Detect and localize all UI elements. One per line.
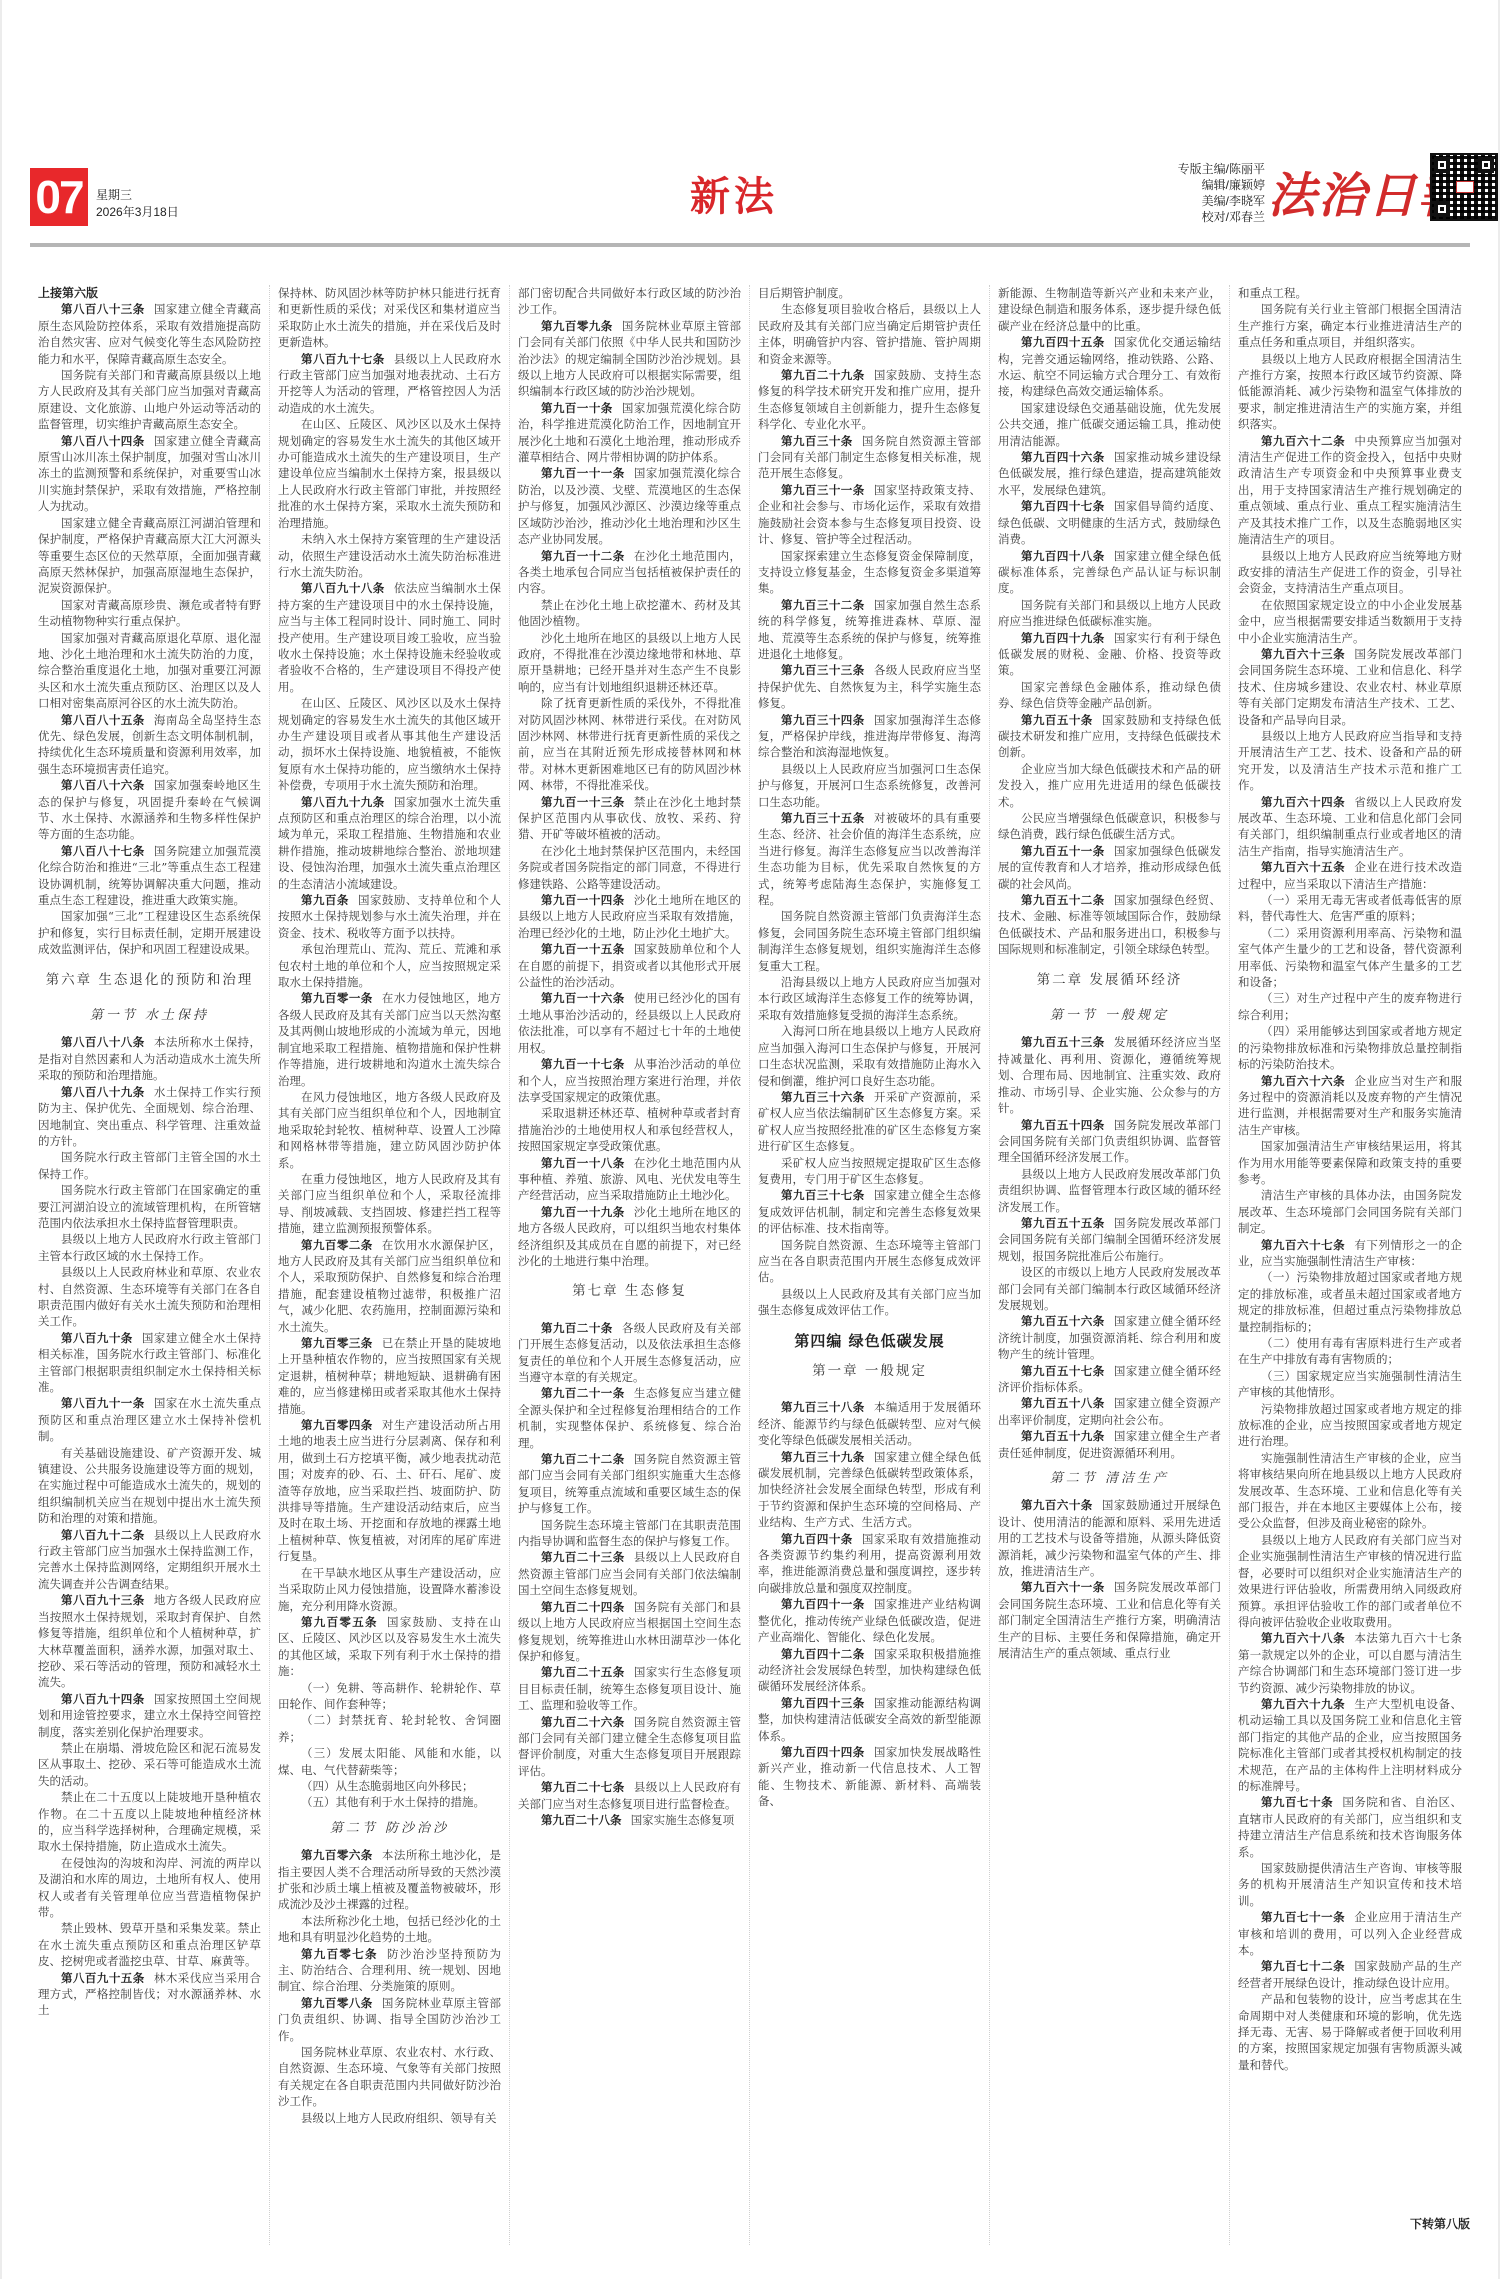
paragraph-text: 国务院自然资源主管部门负责海洋生态修复，会同国务院生态环境主管部门组织编制海洋生… [758,909,981,972]
article-number: 第八百八十四条 [61,434,145,448]
paragraph-text: 采矿权人应当按照规定提取矿区生态修复费用，专门用于矿区生态修复。 [758,1156,981,1186]
paragraph-text: （二）封禁抚育、轮封轮牧、舍饲圈养； [278,1713,501,1743]
paragraph: 本法所称沙化土地，包括已经沙化的土地和具有明显沙化趋势的土地。 [278,1913,501,1946]
paragraph: 在干旱缺水地区从事生产建设活动，应当采取防止风力侵蚀措施，设置降水蓄渗设施，充分… [278,1565,501,1614]
paragraph-text: 县级以上地方人民政府根据全国清洁生产推行方案，按照本行政区域节约资源、降低能源消… [1238,352,1462,432]
paragraph-text: 禁止在二十五度以上陡坡地开垦种植农作物。在二十五度以上陡坡地种植经济林的，应当科… [38,1790,261,1853]
article-paragraph: 第九百六十九条生产大型机电设备、机动运输工具以及国务院工业和信息化主管部门指定的… [1238,1696,1462,1794]
paragraph: 设区的市级以上地方人民政府发展改革部门会同有关部门编制本行政区域循环经济发展规划… [998,1264,1221,1313]
article-number: 第九百三十八条 [781,1400,865,1414]
article-paragraph: 第九百三十九条国家建立健全绿色低碳发展机制，完善绿色低碳转型政策体系，加快经济社… [758,1449,981,1531]
page-number-badge: 07 [30,168,88,226]
article-number: 第九百六十三条 [1261,647,1345,661]
article-number: 第九百一十条 [541,401,613,415]
article-number: 第九百二十三条 [541,1550,625,1564]
article-number: 第九百三十一条 [781,483,865,497]
paragraph: （一）污染物排放超过国家或者地方规定的排放标准，或者虽未超过国家或者地方规定的排… [1238,1269,1462,1335]
article-number: 第九百五十五条 [1021,1216,1105,1230]
paragraph: 目后期管护制度。 [758,285,981,301]
paragraph-text: 县级以上地方人民政府应当统筹地方财政安排的清洁生产促进工作的资金，引导社会资金，… [1238,549,1462,596]
article-paragraph: 第九百一十五条国家鼓励单位和个人在自愿的前提下，捐资或者以其他形式开展公益性的治… [518,941,741,990]
article-number: 第九百四十一条 [781,1597,865,1611]
article-paragraph: 第九百四十条国家采取有效措施推动各类资源节约集约利用，提高资源利用效率，推进能源… [758,1531,981,1597]
article-number: 第九百六十二条 [1261,434,1345,448]
article-number: 第九百二十八条 [541,1813,622,1827]
part-heading: 第四编 绿色低碳发展 [758,1333,981,1349]
paragraph: 在依照国家规定设立的中小企业发展基金中，应当根据需要安排适当数额用于支持中小企业… [1238,597,1462,646]
article-number: 第九百一十九条 [541,1205,625,1219]
paragraph: 国务院有关行业主管部门根据全国清洁生产推行方案，确定本行业推进清洁生产的重点任务… [1238,301,1462,350]
paragraph: 采取退耕还林还草、植树种草或者封育措施治沙的土地使用权人和承包经营权人，按照国家… [518,1105,741,1154]
paragraph-text: 地方各级人民政府应当按照水土保持规划，采取封育保护、自然修复等措施，组织单位和个… [38,1593,261,1689]
paragraph-text: 国务院有关部门和县级以上地方人民政府应当推进绿色低碳标准实施。 [998,598,1221,628]
header-divider [30,243,1470,247]
paragraph-text: 有关基础设施建设、矿产资源开发、城镇建设、公共服务设施建设等方面的规划，在实施过… [38,1446,261,1526]
article-number: 第九百三十四条 [781,713,865,727]
article-number: 第九百一十二条 [541,549,625,563]
paragraph-text: 禁止毁林、毁草开垦和采集发菜。禁止在水土流失重点预防区和重点治理区铲草皮、挖树兜… [38,1921,261,1968]
article-number: 第九百六十七条 [1261,1238,1345,1252]
paragraph: （二）封禁抚育、轮封轮牧、舍饲圈养； [278,1712,501,1745]
paragraph-text: 国家对青藏高原珍贵、濒危或者特有野生动植物物种实行重点保护。 [38,598,261,628]
paragraph-text: 沿海县级以上地方人民政府应当加强对本行政区域海洋生态修复工作的统筹协调，采取有效… [758,975,981,1022]
paragraph-text: 县级以上地方人民政府应当指导和支持开展清洁生产工艺、技术、设备和产品的研究开发，… [1238,729,1462,792]
article-paragraph: 第九百二十条各级人民政府及有关部门开展生态修复活动，以及依法承担生态修复责任的单… [518,1320,741,1386]
article-paragraph: 第九百四十一条国家推进产业结构调整优化，推动传统产业绿色低碳改造，促进产业高端化… [758,1596,981,1645]
paragraph: 国家加强清洁生产审核结果运用，将其作为用水用能等要素保障和政策支持的重要参考。 [1238,1138,1462,1187]
masthead: 07 星期三 2026年3月18日 新法 专版主编/陈丽平 编辑/廉颖婷 美编/… [30,165,1470,235]
paragraph-text: 国务院有关行业主管部门根据全国清洁生产推行方案，确定本行业推进清洁生产的重点任务… [1238,302,1462,349]
paragraph: 县级以上地方人民政府应当统筹地方财政安排的清洁生产促进工作的资金，引导社会资金，… [1238,548,1462,597]
paragraph-text: 在沙化土地封禁保护区范围内，未经国务院或者国务院指定的部门同意，不得进行修建铁路… [518,844,741,891]
paragraph: （五）其他有利于水土保持的措施。 [278,1794,501,1810]
article-paragraph: 第九百四十八条国家建立健全绿色低碳标准体系，完善绿色产品认证与标识制度。 [998,548,1221,597]
article-paragraph: 第九百四十九条国家实行有利于绿色低碳发展的财税、金融、价格、投资等政策。 [998,630,1221,679]
paragraph: 在侵蚀沟的沟坡和沟岸、河流的两岸以及湖泊和水库的周边，土地所有权人、使用权人或者… [38,1855,261,1921]
article-number: 第八百九十条 [61,1331,133,1345]
chapter-heading: 第六章 生态退化的预防和治理 [38,972,261,988]
article-number: 第八百九十四条 [61,1692,145,1706]
article-paragraph: 第九百五十条国家鼓励和支持绿色低碳技术研发和推广应用，支持绿色低碳技术创新。 [998,712,1221,761]
paragraph: 实施强制性清洁生产审核的企业，应当将审核结果向所在地县级以上地方人民政府发展改革… [1238,1450,1462,1532]
paragraph: 国务院林业草原、农业农村、水行政、自然资源、生态环境、气象等有关部门按照有关规定… [278,2044,501,2110]
article-paragraph: 第九百零一条在水力侵蚀地区，地方各级人民政府及其有关部门应当以天然沟壑及其两侧山… [278,990,501,1088]
paragraph-text: 目后期管护制度。 [758,286,850,300]
paragraph: 国家探索建立生态修复资金保障制度，支持设立修复基金，生态修复资金多渠道筹集。 [758,548,981,597]
article-paragraph: 第九百一十八条在沙化土地范围内从事种植、养殖、旅游、风电、光伏发电等生产经营活动… [518,1155,741,1204]
paragraph-text: （三）发展太阳能、风能和水能，以煤、电、气代替薪柴等； [278,1746,501,1776]
paragraph: 国务院自然资源、生态环境等主管部门应当在各自职责范围内开展生态修复成效评估。 [758,1237,981,1286]
article-number: 第九百零七条 [301,1947,378,1961]
text-column: 目后期管护制度。生态修复项目验收合格后，县级以上人民政府及其有关部门应当确定后期… [750,285,990,2245]
article-number: 第九百四十八条 [1021,549,1105,563]
article-paragraph: 第九百一十一条国家加强荒漠化综合防治，以及沙漠、戈壁、荒漠地区的生态保护与修复，… [518,465,741,547]
paragraph-text: （一）免耕、等高耕作、轮耕轮作、草田轮作、间作套种等； [278,1681,501,1711]
paragraph: 国家建立健全青藏高原江河湖泊管理和保护制度，严格保护青藏高原大江大河源头等重要生… [38,515,261,597]
paragraph-text: 在干旱缺水地区从事生产建设活动，应当采取防止风力侵蚀措施，设置降水蓄渗设施，充分… [278,1566,501,1613]
article-number: 第九百一十八条 [541,1156,625,1170]
paragraph: 国家建设绿色交通基础设施，优先发展公共交通，推广低碳交通运输工具，推动使用清洁能… [998,400,1221,449]
article-number: 第九百六十五条 [1261,860,1345,874]
paragraph: 国务院水行政主管部门在国家确定的重要江河湖泊设立的流域管理机构，在所管辖范围内依… [38,1182,261,1231]
paragraph-text: 国家建设绿色交通基础设施，优先发展公共交通，推广低碳交通运输工具，推动使用清洁能… [998,401,1221,448]
paragraph: 企业应当加大绿色低碳技术和产品的研发投入，推广应用先进适用的绿色低碳技术。 [998,761,1221,810]
paragraph-text: 县级以上地方人民政府有关部门应当对企业实施强制性清洁生产审核的情况进行监督，必要… [1238,1533,1462,1629]
paragraph-text: 在山区、丘陵区、风沙区以及水土保持规划确定的容易发生水土流失的其他区域开办生产建… [278,696,501,792]
article-number: 第九百五十一条 [1021,844,1105,858]
article-number: 第九百四十二条 [781,1647,865,1661]
article-number: 第九百六十条 [1021,1498,1093,1512]
paragraph-text: 依法应当编制水土保持方案的生产建设项目中的水土保持设施，应当与主体工程同时设计、… [278,581,501,693]
article-number: 第九百四十七条 [1021,499,1105,513]
paragraph: 国家加强“三北”工程建设区生态系统保护和修复，实行目标责任制，定期开展建设成效监… [38,908,261,957]
article-number: 第八百八十七条 [61,844,145,858]
paragraph-text: 实施强制性清洁生产审核的企业，应当将审核结果向所在地县级以上地方人民政府发展改革… [1238,1451,1462,1531]
paragraph-text: 产品和包装物的设计，应当考虑其在生命周期中对人类健康和环境的影响，优先选择无毒、… [1238,1992,1462,2072]
article-number: 第九百零二条 [301,1238,373,1252]
paragraph-text: 禁止在崩塌、滑坡危险区和泥石流易发区从事取土、挖砂、采石等可能造成水土流失的活动… [38,1741,261,1788]
article-number: 第九百二十一条 [541,1386,625,1400]
article-number: 第九百七十条 [1261,1795,1333,1809]
paragraph: 产品和包装物的设计，应当考虑其在生命周期中对人类健康和环境的影响，优先选择无毒、… [1238,1991,1462,2073]
article-number: 第九百零三条 [301,1336,373,1350]
paragraph: 部门密切配合共同做好本行政区域的防沙治沙工作。 [518,285,741,318]
issue-date: 2026年3月18日 [96,204,179,221]
article-paragraph: 第九百三十八条本编适用于发展循环经济、能源节约与绿色低碳转型、应对气候变化等绿色… [758,1399,981,1448]
article-number: 第九百一十一条 [541,466,625,480]
section-heading: 第一节 水土保持 [38,1008,261,1024]
paragraph: （三）对生产过程中产生的废弃物进行综合利用； [1238,990,1462,1023]
article-number: 第八百八十九条 [61,1085,145,1099]
article-paragraph: 第九百零五条国家鼓励、支持在山区、丘陵区、风沙区以及容易发生水土流失的其他区域，… [278,1614,501,1680]
article-paragraph: 第九百零八条国务院林业草原主管部门负责组织、协调、指导全国防沙治沙工作。 [278,1995,501,2044]
paragraph: （一）采用无毒无害或者低毒低害的原料，替代毒性大、危害严重的原料； [1238,892,1462,925]
article-paragraph: 第九百二十一条生态修复应当建立健全源头保护和全过程修复治理相结合的工作机制，实现… [518,1385,741,1451]
paragraph: （一）免耕、等高耕作、轮耕轮作、草田轮作、间作套种等； [278,1680,501,1713]
paragraph-text: 县级以上地方人民政府水行政主管部门主管本行政区域的水土保持工作。 [38,1232,261,1262]
article-number: 第八百八十三条 [61,302,145,316]
paragraph-text: 国务院有关部门和青藏高原县级以上地方人民政府及其有关部门应当加强对青藏高原建设、… [38,368,261,431]
article-paragraph: 第九百二十六条国务院自然资源主管部门会同有关部门建立健全生态修复项目监督评价制度… [518,1714,741,1780]
article-paragraph: 第九百零四条对生产建设活动所占用土地的地表土应当进行分层剥离、保存和利用，做到土… [278,1417,501,1565]
qr-code-icon[interactable] [1430,153,1498,221]
article-number: 第九百四十四条 [781,1745,865,1759]
article-paragraph: 第九百四十六条国家推动城乡建设绿色低碳发展，推行绿色建造，提高建筑能效水平，发展… [998,449,1221,498]
article-paragraph: 第九百二十八条国家实施生态修复项 [518,1812,741,1828]
article-number: 第九百二十二条 [541,1452,625,1466]
article-number: 第九百六十一条 [1021,1580,1105,1594]
article-number: 第九百二十七条 [541,1780,625,1794]
paragraph-text: 国务院生态环境主管部门在其职责范围内指导协调和监督生态的保护与修复工作。 [518,1518,741,1548]
paragraph-text: 承包治理荒山、荒沟、荒丘、荒滩和承包农村土地的单位和个人，应当按照规定采取水土保… [278,942,501,989]
paragraph: 清洁生产审核的具体办法，由国务院发展改革、生态环境部门会同国务院有关部门制定。 [1238,1187,1462,1236]
paragraph-text: 企业应当加大绿色低碳技术和产品的研发投入，推广应用先进适用的绿色低碳技术。 [998,762,1221,809]
article-number: 第八百九十一条 [61,1396,145,1410]
article-paragraph: 第九百一十四条沙化土地所在地区的县级以上地方人民政府应当采取有效措施，治理已经沙… [518,892,741,941]
article-number: 第八百八十八条 [61,1035,145,1049]
article-paragraph: 第九百二十三条县级以上人民政府自然资源主管部门应当会同有关部门依法编制国土空间生… [518,1549,741,1598]
section-title: 新法 [690,165,778,222]
article-paragraph: 第九百七十一条企业应用于清洁生产审核和培训的费用，可以列入企业经营成本。 [1238,1909,1462,1958]
article-number: 第九百五十七条 [1021,1364,1105,1378]
article-paragraph: 第九百五十六条国家建立健全循环经济统计制度，加强资源消耗、综合利用和废物产生的统… [998,1313,1221,1362]
text-column: 保持林、防风固沙林等防护林只能进行抚育和更新性质的采伐；对采伐区和集材道应当采取… [270,285,510,2245]
paragraph: （二）使用有毒有害原料进行生产或者在生产中排放有毒有害物质的； [1238,1335,1462,1368]
paragraph-text: 在重力侵蚀地区，地方人民政府及其有关部门应当组织单位和个人，采取径流排导、削坡减… [278,1172,501,1235]
paragraph: 县级以上人民政府应当加强河口生态保护与修复，开展河口生态系统修复，改善河口生态功… [758,761,981,810]
article-paragraph: 第八百九十条国家建立健全水土保持相关标准，国务院水行政主管部门、标准化主管部门根… [38,1330,261,1396]
article-number: 第九百三十九条 [781,1450,865,1464]
article-number: 第九百二十四条 [541,1600,625,1614]
article-number: 第八百九十五条 [61,1971,145,1985]
paragraph: 采矿权人应当按照规定提取矿区生态修复费用，专门用于矿区生态修复。 [758,1155,981,1188]
article-paragraph: 第九百三十四条国家加强海洋生态修复，严格保护岸线，推进海岸带修复、海湾综合整治和… [758,712,981,761]
paragraph: （四）从生态脆弱地区向外移民； [278,1778,501,1794]
article-paragraph: 第九百五十九条国家建立健全生产者责任延伸制度，促进资源循环利用。 [998,1428,1221,1461]
paragraph: 除了抚育更新性质的采伐外，不得批准对防风固沙林网、林带进行采伐。在对防风固沙林网… [518,695,741,793]
article-number: 第九百五十八条 [1021,1396,1105,1410]
paragraph: 在风力侵蚀地区，地方各级人民政府及其有关部门应当组织单位和个人，因地制宜地采取轮… [278,1089,501,1171]
paragraph-text: （四）采用能够达到国家或者地方规定的污染物排放标准和污染物排放总量控制指标的污染… [1238,1024,1462,1071]
article-paragraph: 第八百八十七条国务院建立加强荒漠化综合防治和推进“三北”等重点生态工程建设协调机… [38,843,261,909]
paragraph-text: 本法所称沙化土地，包括已经沙化的土地和具有明显沙化趋势的土地。 [278,1914,501,1944]
paragraph-text: 县级以上地方人民政府组织、领导有关 [301,2111,497,2125]
paragraph-text: 国务院林业草原、农业农村、水行政、自然资源、生态环境、气象等有关部门按照有关规定… [278,2045,501,2108]
article-paragraph: 第九百七十条国务院和省、自治区、直辖市人民政府的有关部门，应当组织和支持建立清洁… [1238,1794,1462,1860]
article-paragraph: 第九百一十二条在沙化土地范围内，各类土地承包合同应当包括植被保护责任的内容。 [518,548,741,597]
paragraph-text: 和重点工程。 [1238,286,1307,300]
paragraph-text: 在水力侵蚀地区，地方各级人民政府及其有关部门应当以天然沟壑及其两侧山坡地形成的小… [278,991,501,1087]
article-number: 第九百一十三条 [541,795,625,809]
paragraph-text: 部门密切配合共同做好本行政区域的防沙治沙工作。 [518,286,741,316]
article-paragraph: 第九百零九条国务院林业草原主管部门会同有关部门依照《中华人民共和国防沙治沙法》的… [518,318,741,400]
paragraph-text: （二）使用有毒有害原料进行生产或者在生产中排放有毒有害物质的； [1238,1336,1462,1366]
paragraph-text: 污染物排放超过国家或者地方规定的排放标准的企业，应当按照国家或者地方规定进行治理… [1238,1402,1462,1449]
paragraph-text: 国家探索建立生态修复资金保障制度，支持设立修复基金，生态修复资金多渠道筹集。 [758,549,981,596]
article-paragraph: 第九百一十九条沙化土地所在地区的地方各级人民政府，可以组织当地农村集体经济组织及… [518,1204,741,1270]
article-number: 第八百九十二条 [61,1528,145,1542]
credit-line: 校对/邓春兰 [1115,209,1265,225]
article-paragraph: 第九百六十三条国务院发展改革部门会同国务院生态环境、工业和信息化、科学技术、住房… [1238,646,1462,728]
article-number: 第九百六十九条 [1261,1697,1345,1711]
paragraph-text: 国家加强清洁生产审核结果运用，将其作为用水用能等要素保障和政策支持的重要参考。 [1238,1139,1462,1186]
article-paragraph: 第九百五十一条国家加强绿色低碳发展的宣传教育和人才培养，推动形成绿色低碳的社会风… [998,843,1221,892]
article-paragraph: 第九百一十条国家加强荒漠化综合防治，科学推进荒漠化防治工作，因地制宜开展沙化土地… [518,400,741,466]
article-number: 第九百五十九条 [1021,1429,1105,1443]
article-paragraph: 第九百四十四条国家加快发展战略性新兴产业，推动新一代信息技术、人工智能、生物技术… [758,1744,981,1810]
section-heading: 第二节 清洁生产 [998,1471,1221,1487]
paragraph-text: （一）采用无毒无害或者低毒低害的原料，替代毒性大、危害严重的原料； [1238,893,1462,923]
paragraph: 国家对青藏高原珍贵、濒危或者特有野生动植物物种实行重点保护。 [38,597,261,630]
paragraph: 禁止在沙化土地上砍挖灌木、药材及其他固沙植物。 [518,597,741,630]
article-number: 第九百零八条 [301,1996,373,2010]
section-heading: 第二节 防沙治沙 [278,1821,501,1837]
article-paragraph: 第九百五十七条国家建立健全循环经济评价指标体系。 [998,1363,1221,1396]
article-number: 第九百一十五条 [541,942,625,956]
paragraph: 国家加强对青藏高原退化草原、退化湿地、沙化土地治理和水土流失防治的力度，综合整治… [38,630,261,712]
paragraph: 县级以上地方人民政府组织、领导有关 [278,2110,501,2126]
paragraph: 国家完善绿色金融体系，推动绿色债券、绿色信贷等金融产品创新。 [998,679,1221,712]
paragraph: 县级以上地方人民政府有关部门应当对企业实施强制性清洁生产审核的情况进行监督，必要… [1238,1532,1462,1630]
paragraph: 沙化土地所在地区的县级以上地方人民政府，不得批准在沙漠边缘地带和林地、草原开垦耕… [518,630,741,696]
article-paragraph: 第九百三十五条对被破坏的具有重要生态、经济、社会价值的海洋生态系统，应当进行修复… [758,810,981,908]
paragraph: 在重力侵蚀地区，地方人民政府及其有关部门应当组织单位和个人，采取径流排导、削坡减… [278,1171,501,1237]
paragraph: 和重点工程。 [1238,285,1462,301]
paragraph: 承包治理荒山、荒沟、荒丘、荒滩和承包农村土地的单位和个人，应当按照规定采取水土保… [278,941,501,990]
paragraph: 县级以上地方人民政府根据全国清洁生产推行方案，按照本行政区域节约资源、降低能源消… [1238,351,1462,433]
paragraph: 在山区、丘陵区、风沙区以及水土保持规划确定的容易发生水土流失的其他区域开办可能造… [278,416,501,531]
article-number: 第八百九十七条 [301,352,385,366]
paragraph-text: （五）其他有利于水土保持的措施。 [301,1795,485,1809]
paragraph: 禁止毁林、毁草开垦和采集发菜。禁止在水土流失重点预防区和重点治理区铲草皮、挖树兜… [38,1920,261,1969]
article-number: 第九百四十六条 [1021,450,1105,464]
text-column: 上接第六版第八百八十三条国家建立健全青藏高原生态风险防控体系，采取有效措施提高防… [30,285,270,2245]
paragraph: 国务院水行政主管部门主管全国的水土保持工作。 [38,1149,261,1182]
article-number: 第九百五十条 [1021,713,1093,727]
article-number: 第九百三十六条 [781,1090,865,1104]
article-number: 第九百零九条 [541,319,613,333]
paragraph-text: 在依照国家规定设立的中小企业发展基金中，应当根据需要安排适当数额用于支持中小企业… [1238,598,1462,645]
article-number: 第九百四十九条 [1021,631,1105,645]
editorial-credits: 专版主编/陈丽平 编辑/廉颖婷 美编/李晓军 校对/邓春兰 [1115,161,1265,225]
date-block: 星期三 2026年3月18日 [96,187,179,221]
article-paragraph: 第九百二十五条国家实行生态修复项目目标责任制，统筹生态修复项目设计、施工、监理和… [518,1664,741,1713]
article-paragraph: 第八百九十七条县级以上人民政府水行政主管部门应当加强对地表扰动、土石方开挖等人为… [278,351,501,417]
paragraph: 国务院有关部门和青藏高原县级以上地方人民政府及其有关部门应当加强对青藏高原建设、… [38,367,261,433]
paragraph-text: 除了抚育更新性质的采伐外，不得批准对防风固沙林网、林带进行采伐。在对防风固沙林网… [518,696,741,792]
article-paragraph: 第八百九十五条林木采伐应当采用合理方式，严格控制皆伐；对水源涵养林、水土 [38,1970,261,2019]
article-paragraph: 第九百五十三条发展循环经济应当坚持减量化、再利用、资源化，遵循统筹规划、合理布局… [998,1034,1221,1116]
paragraph-text: 入海河口所在地县级以上地方人民政府应当加强入海河口生态保护与修复，开展河口生态状… [758,1024,981,1087]
article-paragraph: 第九百四十七条国家倡导简约适度、绿色低碳、文明健康的生活方式，鼓励绿色消费。 [998,498,1221,547]
article-paragraph: 第九百零七条防沙治沙坚持预防为主、防治结合、合理利用、统一规划、因地制宜、综合治… [278,1946,501,1995]
paragraph-text: 新能源、生物制造等新兴产业和未来产业，建设绿色制造和服务体系，逐步提升绿色低碳产… [998,286,1221,333]
paragraph-text: （二）采用资源利用率高、污染物和温室气体产生量少的工艺和设备，替代资源利用率低、… [1238,926,1462,989]
article-paragraph: 第九百一十六条使用已经沙化的国有土地从事治沙活动的，经县级以上人民政府依法批准，… [518,990,741,1056]
paragraph-text: 在侵蚀沟的沟坡和沟岸、河流的两岸以及湖泊和水库的周边，土地所有权人、使用权人或者… [38,1856,261,1919]
paragraph-text: 国家加强“三北”工程建设区生态系统保护和修复，实行目标责任制，定期开展建设成效监… [38,909,261,956]
article-paragraph: 第九百六十四条省级以上人民政府发展改革、生态环境、工业和信息化部门会同有关部门，… [1238,794,1462,860]
article-number: 第八百九十八条 [301,581,385,595]
article-number: 第九百二十九条 [781,368,865,382]
article-number: 第九百零一条 [301,991,373,1005]
text-column: 部门密切配合共同做好本行政区域的防沙治沙工作。第九百零九条国务院林业草原主管部门… [510,285,750,2245]
continued-from-note: 上接第六版 [38,285,261,301]
paragraph: 禁止在崩塌、滑坡危险区和泥石流易发区从事取土、挖砂、采石等可能造成水土流失的活动… [38,1740,261,1789]
paragraph-text: 沙化土地所在地区的县级以上地方人民政府，不得批准在沙漠边缘地带和林地、草原开垦耕… [518,631,741,694]
article-number: 第九百零四条 [301,1418,373,1432]
article-number: 第九百三十五条 [781,811,865,825]
paragraph-text: 县级以上人民政府林业和草原、农业农村、自然资源、生态环境等有关部门在各自职责范围… [38,1265,261,1328]
article-number: 第九百四十条 [781,1532,853,1546]
paragraph: 有关基础设施建设、矿产资源开发、城镇建设、公共服务设施建设等方面的规划，在实施过… [38,1445,261,1527]
paragraph-text: （三）对生产过程中产生的废弃物进行综合利用； [1238,991,1462,1021]
continued-note: 下转第八版 [1410,2215,1470,2232]
article-paragraph: 第九百四十二条国家采取积极措施推动经济社会发展绿色转型，加快构建绿色低碳循环发展… [758,1646,981,1695]
article-paragraph: 第九百三十七条国家建立健全生态修复成效评估机制，制定和完善生态修复效果的评估标准… [758,1187,981,1236]
paragraph-text: 国务院水行政主管部门主管全国的水土保持工作。 [38,1150,261,1180]
paragraph: 在山区、丘陵区、风沙区以及水土保持规划确定的容易发生水土流失的其他区域开办生产建… [278,695,501,793]
article-number: 第九百三十三条 [781,663,865,677]
article-paragraph: 第九百二十二条国务院自然资源主管部门应当会同有关部门组织实施重大生态修复项目，统… [518,1451,741,1517]
article-number: 第九百一十七条 [541,1057,625,1071]
paragraph: 县级以上地方人民政府应当指导和支持开展清洁生产工艺、技术、设备和产品的研究开发，… [1238,728,1462,794]
article-paragraph: 第八百九十四条国家按照国土空间规划和用途管控要求，建立水土保持空间管控制度，落实… [38,1691,261,1740]
paragraph: 县级以上地方人民政府发展改革部门负责组织协调、监督管理本行政区域的循环经济发展工… [998,1166,1221,1215]
chapter-heading: 第一章 一般规定 [758,1363,981,1379]
article-number: 第九百七十一条 [1261,1910,1345,1924]
paragraph-text: 设区的市级以上地方人民政府发展改革部门会同有关部门编制本行政区域循环经济发展规划… [998,1265,1221,1312]
paragraph: 沿海县级以上地方人民政府应当加强对本行政区域海洋生态修复工作的统筹协调，采取有效… [758,974,981,1023]
article-paragraph: 第八百九十一条国家在水土流失重点预防区和重点治理区建立水土保持补偿机制。 [38,1395,261,1444]
paragraph: 在沙化土地封禁保护区范围内，未经国务院或者国务院指定的部门同意，不得进行修建铁路… [518,843,741,892]
article-number: 第九百六十八条 [1261,1631,1345,1645]
article-paragraph: 第九百三十三条各级人民政府应当坚持保护优先、自然恢复为主，科学实施生态修复。 [758,662,981,711]
credit-line: 专版主编/陈丽平 [1115,161,1265,177]
article-number: 第九百六十六条 [1261,1074,1345,1088]
text-column: 新能源、生物制造等新兴产业和未来产业，建设绿色制造和服务体系，逐步提升绿色低碳产… [990,285,1230,2245]
article-paragraph: 第九百六十一条国务院发展改革部门会同国务院生态环境、工业和信息化等有关部门制定全… [998,1579,1221,1661]
article-number: 第九百三十二条 [781,598,865,612]
paragraph: （三）国家规定应当实施强制性清洁生产审核的其他情形。 [1238,1368,1462,1401]
paragraph-text: 国家鼓励提供清洁生产咨询、审核等服务的机构开展清洁生产知识宣传和技术培训。 [1238,1861,1462,1908]
article-paragraph: 第九百四十三条国家推动能源结构调整，加快构建清洁低碳安全高效的新型能源体系。 [758,1695,981,1744]
article-number: 第九百二十六条 [541,1715,625,1729]
article-paragraph: 第九百五十八条国家建立健全资源产出率评价制度，定期向社会公布。 [998,1395,1221,1428]
article-paragraph: 第八百八十四条国家建立健全青藏高原雪山冰川冻土保护制度，加强对雪山冰川冻土的监测… [38,433,261,515]
article-number: 第九百一十四条 [541,893,625,907]
article-paragraph: 第九百零六条本法所称土地沙化，是指主要因人类不合理活动所导致的天然沙漠扩张和沙质… [278,1847,501,1913]
paragraph-text: 清洁生产审核的具体办法，由国务院发展改革、生态环境部门会同国务院有关部门制定。 [1238,1188,1462,1235]
article-number: 第九百五十四条 [1021,1118,1105,1132]
article-paragraph: 第八百八十三条国家建立健全青藏高原生态风险防控体系，采取有效措施提高防治自然灾害… [38,301,261,367]
article-number: 第八百八十五条 [61,713,145,727]
paragraph: 未纳入水土保持方案管理的生产建设活动，依照生产建设活动水土流失防治标准进行水土流… [278,531,501,580]
paragraph: 国家鼓励提供清洁生产咨询、审核等服务的机构开展清洁生产知识宣传和技术培训。 [1238,1860,1462,1909]
article-number: 第九百一十六条 [541,991,625,1005]
article-paragraph: 第九百六十六条企业应当对生产和服务过程中的资源消耗以及废弃物的产生情况进行监测，… [1238,1073,1462,1139]
paragraph: 县级以上人民政府林业和草原、农业农村、自然资源、生态环境等有关部门在各自职责范围… [38,1264,261,1330]
paragraph: 县级以上地方人民政府水行政主管部门主管本行政区域的水土保持工作。 [38,1231,261,1264]
article-number: 第九百二十条 [541,1321,613,1335]
article-paragraph: 第九百零二条在饮用水水源保护区，地方人民政府及其有关部门应当组织单位和个人，采取… [278,1237,501,1335]
paragraph-text: （四）从生态脆弱地区向外移民； [301,1779,474,1793]
paragraph-text: 县级以上地方人民政府发展改革部门负责组织协调、监督管理本行政区域的循环经济发展工… [998,1167,1221,1214]
text-column: 和重点工程。国务院有关行业主管部门根据全国清洁生产推行方案，确定本行业推进清洁生… [1230,285,1470,2245]
article-paragraph: 第九百三十六条开采矿产资源前，采矿权人应当依法编制矿区生态修复方案。采矿权人应当… [758,1089,981,1155]
article-paragraph: 第九百六十条国家鼓励通过开展绿色设计、使用清洁的能源和原料、采用先进适用的工艺技… [998,1497,1221,1579]
paragraph: 禁止在二十五度以上陡坡地开垦种植农作物。在二十五度以上陡坡地种植经济林的，应当科… [38,1789,261,1855]
paragraph: 生态修复项目验收合格后，县级以上人民政府及其有关部门应当确定后期管护责任主体，明… [758,301,981,367]
article-paragraph: 第九百四十五条国家优化交通运输结构，完善交通运输网络，推动铁路、公路、水运、航空… [998,334,1221,400]
article-number: 第九百三十七条 [781,1188,865,1202]
article-paragraph: 第九百五十四条国务院发展改革部门会同国务院有关部门负责组织协调、监督管理全国循环… [998,1117,1221,1166]
section-heading: 第一节 一般规定 [998,1008,1221,1024]
paragraph-text: 保持林、防风固沙林等防护林只能进行抚育和更新性质的采伐；对采伐区和集材道应当采取… [278,286,501,349]
article-number: 第九百三十条 [781,434,853,448]
paragraph-text: 在山区、丘陵区、风沙区以及水土保持规划确定的容易发生水土流失的其他区域开办可能造… [278,417,501,529]
article-paragraph: 第九百二十四条国务院有关部门和县级以上地方人民政府应当根据国土空间生态修复规划，… [518,1599,741,1665]
chapter-heading: 第二章 发展循环经济 [998,972,1221,988]
paragraph-text: 采取退耕还林还草、植树种草或者封育措施治沙的土地使用权人和承包经营权人，按照国家… [518,1106,741,1153]
article-paragraph: 第九百三十条国务院自然资源主管部门会同有关部门制定生态修复相关标准，规范开展生态… [758,433,981,482]
paragraph-text: 生产大型机电设备、机动运输工具以及国务院工业和信息化主管部门指定的其他产品的企业… [1238,1697,1462,1793]
paragraph: 国务院生态环境主管部门在其职责范围内指导协调和监督生态的保护与修复工作。 [518,1517,741,1550]
paragraph: 公民应当增强绿色低碳意识，积极参与绿色消费，践行绿色低碳生活方式。 [998,810,1221,843]
paragraph: （三）发展太阳能、风能和水能，以煤、电、气代替薪柴等； [278,1745,501,1778]
paragraph: 国务院有关部门和县级以上地方人民政府应当推进绿色低碳标准实施。 [998,597,1221,630]
article-number: 第九百五十六条 [1021,1314,1105,1328]
